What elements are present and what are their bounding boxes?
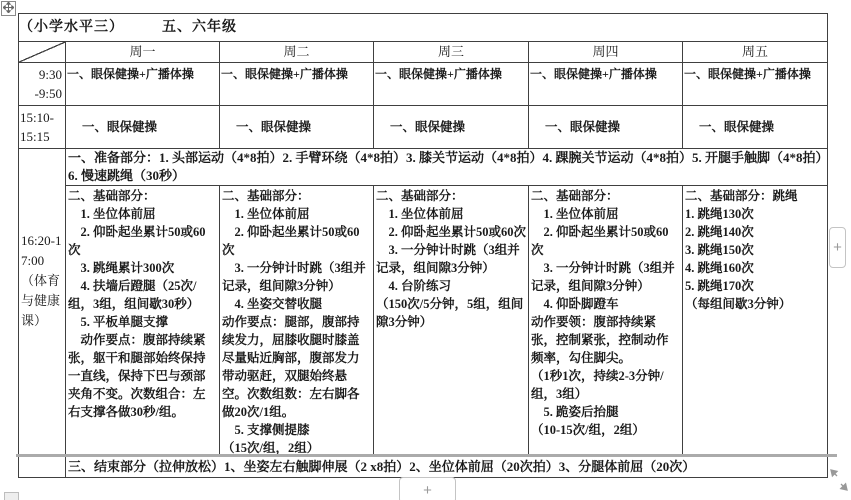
afternoon-row: 15:10- 15:15 一、眼保健操 一、眼保健操 一、眼保健操 一、眼保健操… — [19, 106, 827, 149]
basic-cell-wed[interactable]: 二、基础部分： 1. 坐位体前屈 2. 仰卧起坐累计50或60次 3. 一分钟计… — [374, 186, 529, 455]
header-row: 周一 周二 周三 周四 周五 — [19, 42, 827, 63]
afternoon-activity-fri[interactable]: 一、眼保健操 — [683, 106, 827, 148]
time-cell-pe-class[interactable]: 16:20-17:00（体育与健康课） — [19, 149, 66, 477]
morning-activity-mon[interactable]: 一、眼保健操+广播体操 — [66, 63, 220, 105]
table-move-handle[interactable] — [1, 1, 16, 16]
add-row-button[interactable]: + — [399, 477, 456, 500]
end-section-cell[interactable]: 三、结束部分（拉伸放松）1、坐姿左右触脚伸展（2 x8拍）2、坐位体前屈（20次… — [66, 456, 827, 477]
basic-cell-mon[interactable]: 二、基础部分： 1. 坐位体前屈 2. 仰卧起坐累计50或60次 3. 跳绳累计… — [66, 186, 220, 455]
morning-activity-fri[interactable]: 一、眼保健操+广播体操 — [683, 63, 827, 105]
morning-activity-wed[interactable]: 一、眼保健操+广播体操 — [374, 63, 529, 105]
morning-row: 9:30 -9:50 一、眼保健操+广播体操 一、眼保健操+广播体操 一、眼保健… — [19, 63, 827, 106]
day-header-mon[interactable]: 周一 — [66, 42, 220, 62]
move-icon — [3, 0, 14, 18]
day-header-fri[interactable]: 周五 — [683, 42, 827, 62]
pe-class-band: 16:20-17:00（体育与健康课） 一、准备部分：1. 头部运动（4*8拍）… — [19, 149, 827, 477]
plus-icon: + — [833, 239, 842, 256]
basic-cell-fri[interactable]: 二、基础部分：跳绳 1. 跳绳130次 2. 跳绳140次 3. 跳绳150次 … — [683, 186, 827, 455]
table-title[interactable]: （小学水平三） 五、六年级 — [19, 14, 827, 42]
bottom-left-box — [4, 492, 19, 500]
basic-cell-thu[interactable]: 二、基础部分： 1. 坐位体前屈 2. 仰卧起坐累计50或60次 3. 一分钟计… — [529, 186, 683, 455]
document-table: （小学水平三） 五、六年级 周一 周二 周三 周四 周五 9:30 -9:50 … — [18, 13, 828, 478]
afternoon-activity-wed[interactable]: 一、眼保健操 — [374, 106, 529, 148]
afternoon-activity-tue[interactable]: 一、眼保健操 — [220, 106, 374, 148]
afternoon-activity-mon[interactable]: 一、眼保健操 — [66, 106, 220, 148]
day-header-tue[interactable]: 周二 — [220, 42, 374, 62]
time-cell-morning[interactable]: 9:30 -9:50 — [19, 63, 66, 105]
prep-section-cell[interactable]: 一、准备部分：1. 头部运动（4*8拍）2. 手臂环绕（4*8拍）3. 膝关节运… — [66, 149, 827, 186]
table-resize-handle[interactable] — [830, 469, 848, 498]
afternoon-activity-thu[interactable]: 一、眼保健操 — [529, 106, 683, 148]
plus-icon: + — [423, 482, 432, 499]
basic-section-row: 二、基础部分： 1. 坐位体前屈 2. 仰卧起坐累计50或60次 3. 跳绳累计… — [66, 186, 827, 456]
day-header-wed[interactable]: 周三 — [374, 42, 529, 62]
corner-diagonal-cell[interactable] — [19, 42, 66, 62]
morning-activity-thu[interactable]: 一、眼保健操+广播体操 — [529, 63, 683, 105]
resize-diagonal-icon — [830, 480, 848, 497]
basic-cell-tue[interactable]: 二、基础部分： 1. 坐位体前屈 2. 仰卧起坐累计50或60次 3. 一分钟计… — [220, 186, 374, 455]
add-column-button[interactable]: + — [829, 227, 846, 268]
morning-activity-tue[interactable]: 一、眼保健操+广播体操 — [220, 63, 374, 105]
day-header-thu[interactable]: 周四 — [529, 42, 683, 62]
time-cell-afternoon[interactable]: 15:10- 15:15 — [19, 106, 66, 148]
page: { "title": "（小学水平三） 五、六年级", "days": ["周一… — [0, 0, 851, 500]
row-boundary-divider — [16, 454, 837, 457]
